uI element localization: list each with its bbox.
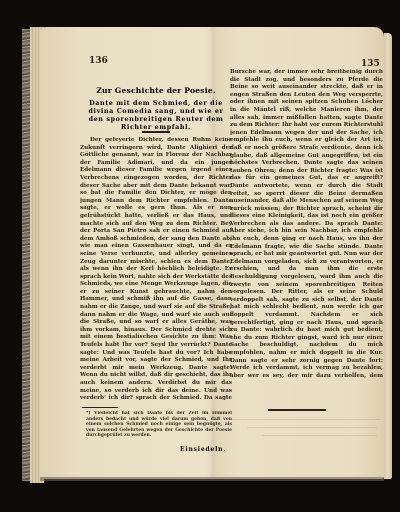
page-bottom-edge (40, 477, 384, 481)
left-body-text: Der gefeyerte Dichter, dessen Ruhm keine… (80, 137, 232, 401)
book-scan: 136 Zur Geschichte der Poesie. Dante mit… (22, 27, 392, 483)
right-paragraph: Bursche war, der immer sehr breitbeinig … (230, 69, 383, 379)
end-rule (268, 409, 326, 411)
left-paragraph: Der gefeyerte Dichter, dessen Ruhm keine… (80, 137, 232, 401)
bleed-through-line (232, 419, 380, 420)
right-body-text: Bursche war, der immer sehr breitbeinig … (230, 69, 383, 379)
article-title: Dante mit dem Schmied, der die divina Co… (80, 99, 232, 131)
title-rule (142, 131, 170, 133)
bleed-through-line (262, 435, 377, 436)
footnote: *) Vielleicht hat sich Dante bis der Zei… (86, 411, 232, 442)
right-page-number: 135 (361, 59, 380, 69)
left-page-number: 136 (89, 56, 108, 66)
footnote-rule (82, 407, 118, 408)
signature: Einsiedeln. (180, 446, 226, 453)
bleed-through-line (247, 427, 377, 428)
right-page-edges (384, 33, 392, 479)
running-head: Zur Geschichte der Poesie. (80, 86, 232, 95)
